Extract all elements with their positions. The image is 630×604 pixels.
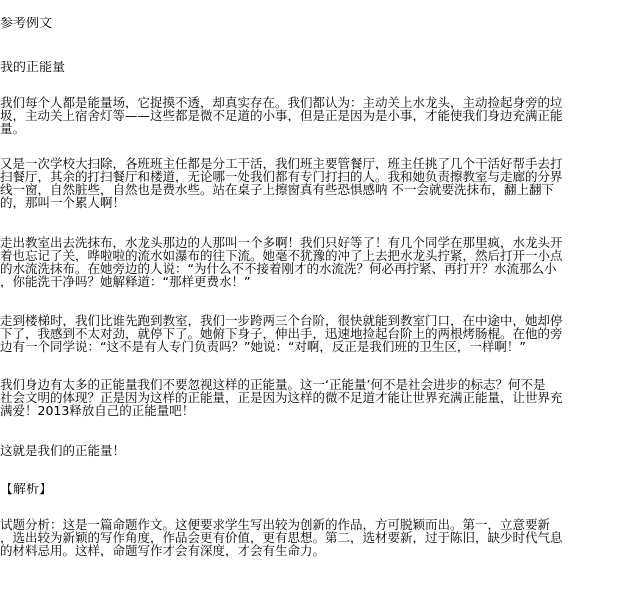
- paragraph-line: 着也忘记了关，哗啦啦的流水如瀑布的往下流。她毫不犹豫的冲了上去把水龙头拧紧，然后…: [0, 249, 630, 262]
- paragraph-line: 满爱！2013释放自己的正能量吧！: [0, 404, 630, 417]
- paragraph-line: 的，那叫一个累人啊！: [0, 196, 630, 209]
- paragraph-line: 边有一个同学说：“这不是有人专门负责吗？”她说：“对啊，反正是我们班的卫生区，一…: [0, 340, 630, 353]
- paragraph-line: 下了，我感到不太对劲，就停下了。她俯下身子，伸出手，迅速地捡起台阶上的两根烤肠棍…: [0, 327, 630, 340]
- analysis-heading: 【解析】: [0, 483, 630, 496]
- paragraph-line: 我们身边有太多的正能量我们不要忽视这样的正能量。这一‘正能量’何不是社会进步的标…: [0, 378, 630, 391]
- paragraph-1: 我们每个人都是能量场，它捉摸不透，却真实存在。我们都认为：主动关上水龙头，主动捡…: [0, 96, 630, 135]
- paragraph-line: ，你能洗干净吗？她解释道：“那样更费水！”: [0, 275, 630, 288]
- reference-essay-label: 参考例文: [0, 17, 630, 30]
- analysis-line: 试题分析：这是一篇命题作文。这便要求学生写出较为创新的作品，方可脱颖而出。第一，…: [0, 518, 630, 531]
- paragraph-line: 走出教室出去洗抹布，水龙头那边的人那叫一个多啊！我们只好等了！有几个同学在那里疯…: [0, 236, 630, 249]
- paragraph-line: 我们每个人都是能量场，它捉摸不透，却真实存在。我们都认为：主动关上水龙头，主动捡…: [0, 96, 630, 109]
- paragraph-line: 量。: [0, 122, 630, 135]
- essay-title: 我的正能量: [0, 61, 630, 74]
- document-page: 参考例文 我的正能量 我们每个人都是能量场，它捉摸不透，却真实存在。我们都认为：…: [0, 0, 630, 604]
- paragraph-line: 这就是我们的正能量！: [0, 444, 630, 457]
- analysis-line: ，选出较为新颖的写作角度，作品会更有价值，更有思想。第二，选材要新，过于陈旧，缺…: [0, 531, 630, 544]
- paragraph-6: 这就是我们的正能量！: [0, 444, 630, 457]
- paragraph-5: 我们身边有太多的正能量我们不要忽视这样的正能量。这一‘正能量’何不是社会进步的标…: [0, 378, 630, 417]
- paragraph-3: 走出教室出去洗抹布，水龙头那边的人那叫一个多啊！我们只好等了！有几个同学在那里疯…: [0, 236, 630, 288]
- paragraph-line: 又是一次学校大扫除，各班班主任都是分工干活，我们班主要管餐厅，班主任挑了几个干活…: [0, 157, 630, 170]
- paragraph-line: 圾，主动关上宿舍灯等——这些都是微不足道的小事，但是正是因为是小事，才能使我们身…: [0, 109, 630, 122]
- paragraph-2: 又是一次学校大扫除，各班班主任都是分工干活，我们班主要管餐厅，班主任挑了几个干活…: [0, 157, 630, 209]
- paragraph-line: 社会文明的体现？正是因为这样的正能量，正是因为这样的微不足道才能让世界充满正能量…: [0, 391, 630, 404]
- paragraph-line: 扫餐厅，其余的打扫餐厅和楼道，无论哪一处我们都有专门打扫的人。我和她负责擦教室与…: [0, 170, 630, 183]
- paragraph-4: 走到楼梯时，我们比谁先跑到教室，我们一步跨两三个台阶，很快就能到教室门口，在中途…: [0, 314, 630, 353]
- paragraph-line: 走到楼梯时，我们比谁先跑到教室，我们一步跨两三个台阶，很快就能到教室门口，在中途…: [0, 314, 630, 327]
- paragraph-line: 的水流洗抹布。在她旁边的人说：“为什么不不接着刚才的水流洗？何必再拧紧、再打开？…: [0, 262, 630, 275]
- paragraph-line: 线一窗，自然脏些，自然也是费水些。站在桌子上擦窗真有些恐惧感呐 不一会就要洗抹布…: [0, 183, 630, 196]
- analysis-paragraph: 试题分析：这是一篇命题作文。这便要求学生写出较为创新的作品，方可脱颖而出。第一，…: [0, 518, 630, 557]
- analysis-line: 的材料忌用。这样，命题写作才会有深度，才会有生命力。: [0, 544, 630, 557]
